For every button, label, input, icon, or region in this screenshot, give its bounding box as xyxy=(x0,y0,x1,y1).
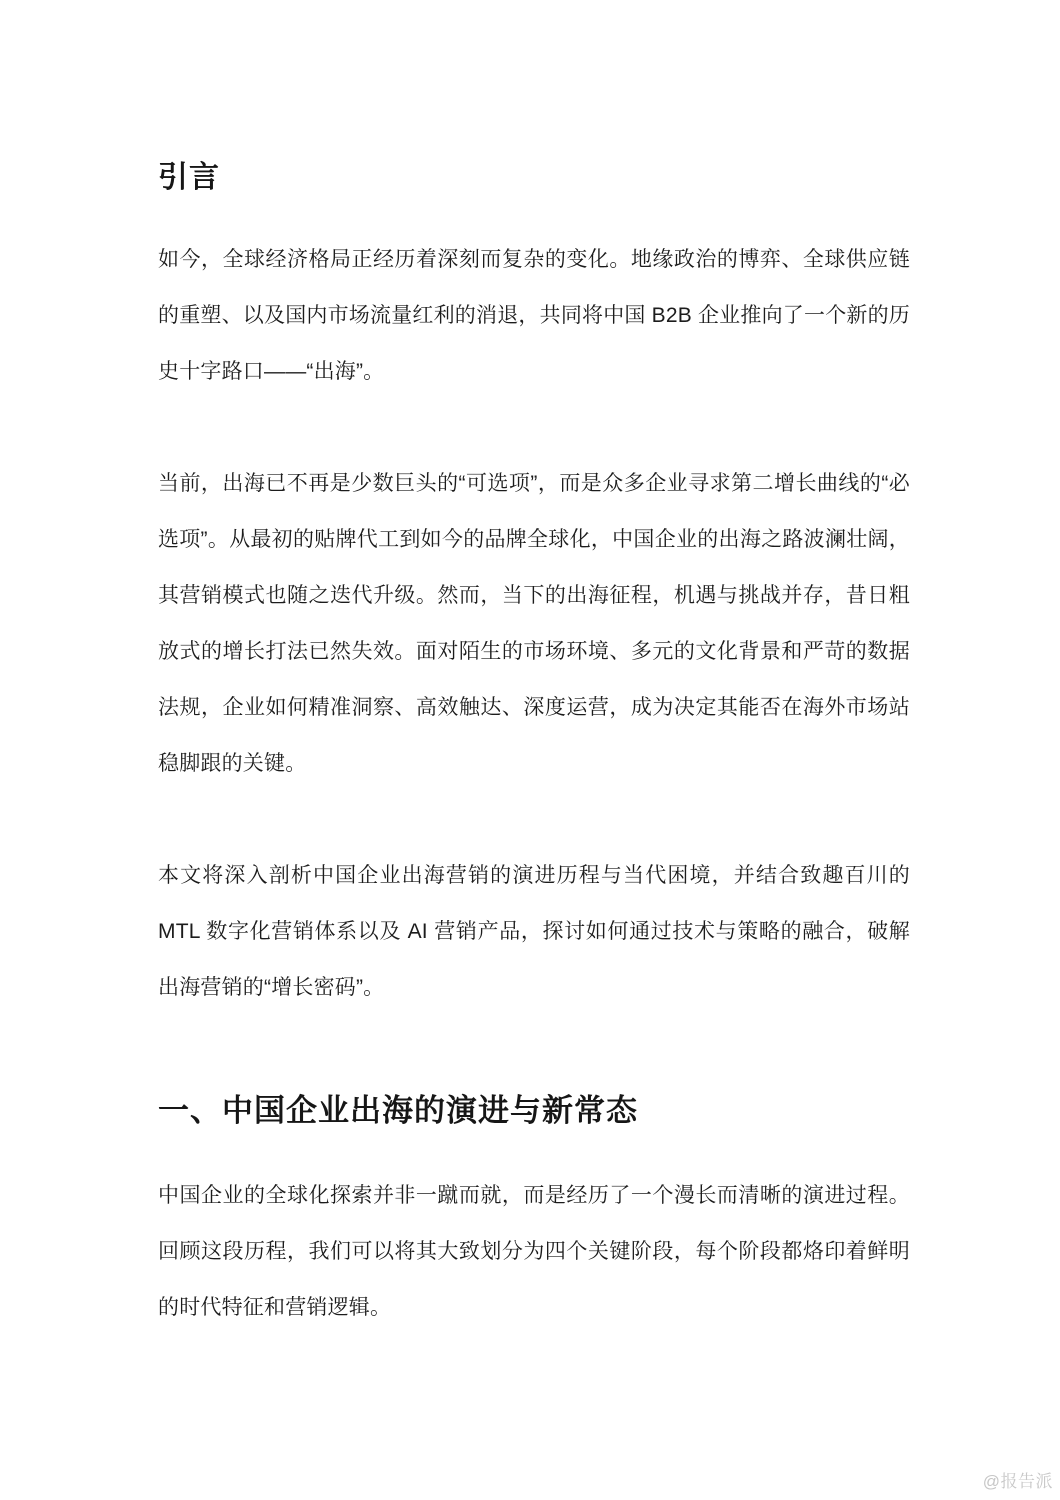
watermark: @报告派 xyxy=(983,1472,1053,1492)
document-content: 引言 如今，全球经济格局正经历着深刻而复杂的变化。地缘政治的博弈、全球供应链的重… xyxy=(158,160,910,1336)
paragraph-intro-1: 如今，全球经济格局正经历着深刻而复杂的变化。地缘政治的博弈、全球供应链的重塑、以… xyxy=(158,232,910,400)
section-heading: 一、中国企业出海的演进与新常态 xyxy=(158,1090,910,1132)
paragraph-section-1: 中国企业的全球化探索并非一蹴而就，而是经历了一个漫长而清晰的演进过程。回顾这段历… xyxy=(158,1168,910,1336)
intro-heading: 引言 xyxy=(158,160,910,196)
document-page: { "page": { "background": "#ffffff", "te… xyxy=(0,0,1060,1500)
paragraph-intro-2: 当前，出海已不再是少数巨头的“可选项”，而是众多企业寻求第二增长曲线的“必选项”… xyxy=(158,456,910,792)
paragraph-intro-3: 本文将深入剖析中国企业出海营销的演进历程与当代困境，并结合致趣百川的 MTL 数… xyxy=(158,848,910,1016)
